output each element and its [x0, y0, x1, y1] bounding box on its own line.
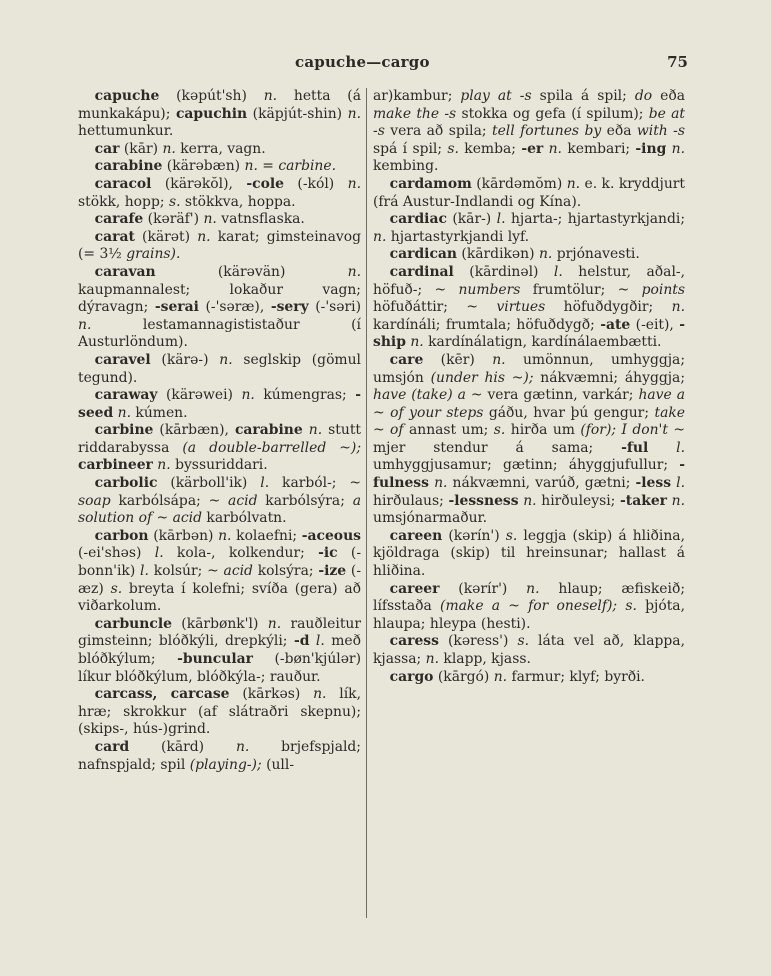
- definition-text: prjónavesti.: [552, 246, 639, 262]
- right-column: ar)kambur; play at -s spila á spil; do e…: [373, 88, 685, 686]
- definition-text: kardínálatign, kardínálaembætti.: [424, 334, 662, 350]
- definition-text: (-'səræ),: [199, 299, 271, 315]
- definition-text: mjer stendur á sama;: [373, 440, 621, 456]
- definition-text: (kärəbæn): [162, 158, 244, 174]
- italic-text: n.: [118, 405, 131, 421]
- definition-text: karbólvatn.: [202, 510, 287, 526]
- dictionary-entry: car (kār) n. kerra, vagn.: [78, 141, 361, 159]
- italic-text: n.: [434, 475, 447, 491]
- italic-text: (for); I don't ~: [580, 422, 685, 438]
- italic-text: (under his ~);: [431, 370, 534, 386]
- definition-text: nákvæmni; áhyggja;: [534, 370, 685, 386]
- definition-text: ar)kambur;: [373, 88, 460, 104]
- headword: car: [95, 141, 120, 157]
- dictionary-entry: cardiac (kār-) l. hjarta-; hjartastyrkja…: [373, 211, 685, 246]
- italic-text: l.: [676, 475, 685, 491]
- definition-text: (kärboll'ik): [157, 475, 260, 491]
- page-number: 75: [667, 53, 688, 71]
- headword: care: [390, 352, 424, 368]
- headword: -ize: [318, 563, 346, 579]
- italic-text: s.: [169, 194, 181, 210]
- definition-text: hirðuleysi;: [537, 493, 620, 509]
- headword: -d: [294, 633, 309, 649]
- italic-text: ~ points: [618, 282, 685, 298]
- headword: carbine: [95, 422, 154, 438]
- definition-text: (kārbən): [149, 528, 219, 544]
- dictionary-entry: career (kərír') n. hlaup; æfiskeið; lífs…: [373, 581, 685, 634]
- dictionary-entry: carbine (kārbæn), carabine n. stutt ridd…: [78, 422, 361, 475]
- definition-text: (-eit),: [630, 317, 679, 333]
- italic-text: n.: [526, 581, 539, 597]
- italic-text: n.: [492, 352, 505, 368]
- headword: carabine: [95, 158, 163, 174]
- italic-text: l.: [676, 440, 685, 456]
- definition-text: stökkva, hoppa.: [180, 194, 295, 210]
- dictionary-entry: carat (kärət) n. karat; gimsteinavog (= …: [78, 229, 361, 264]
- headword: capuchin: [176, 106, 247, 122]
- italic-text: tell fortunes by: [492, 123, 601, 139]
- definition-text: farmur; klyf; byrði.: [507, 669, 645, 685]
- italic-text: n.: [494, 669, 507, 685]
- headword: carbuncle: [95, 616, 172, 632]
- italic-text: s.: [625, 598, 637, 614]
- definition-text: (kārdikən): [457, 246, 539, 262]
- definition-text: (-ei'shəs): [78, 545, 155, 561]
- italic-text: n.: [203, 211, 216, 227]
- definition-text: kerra, vagn.: [176, 141, 266, 157]
- headword: -cole: [246, 176, 284, 192]
- definition-text: kola-, kolkendur;: [164, 545, 318, 561]
- dictionary-entry: capuche (kəpút'sh) n. hetta (á munkakápu…: [78, 88, 361, 141]
- definition-text: (kārbæn),: [153, 422, 235, 438]
- definition-text: spila á spil;: [532, 88, 635, 104]
- dictionary-entry: caress (kəress') s. láta vel að, klappa,…: [373, 633, 685, 668]
- definition-text: byssuriddari.: [171, 457, 268, 473]
- headword: careen: [390, 528, 443, 544]
- dictionary-entry: ar)kambur; play at -s spila á spil; do e…: [373, 88, 685, 176]
- headword: carafe: [95, 211, 144, 227]
- definition-text: (kārd): [129, 739, 236, 755]
- definition-text: (kəpút'sh): [159, 88, 263, 104]
- italic-text: n.: [218, 528, 231, 544]
- definition-text: kolaefni;: [231, 528, 301, 544]
- definition-text: karbólsýra;: [257, 493, 352, 509]
- definition-text: (kəress'): [439, 633, 518, 649]
- italic-text: ~ acid: [209, 493, 258, 509]
- dictionary-entry: caracol (kärəkŏl), -cole (-kól) n. stökk…: [78, 176, 361, 211]
- definition-text: =: [258, 158, 278, 174]
- definition-text: (kärəkŏl),: [151, 176, 246, 192]
- dictionary-page: capuche—cargo 75 capuche (kəpút'sh) n. h…: [0, 0, 771, 976]
- headword: -ic: [318, 545, 338, 561]
- italic-text: n.: [236, 739, 249, 755]
- dictionary-entry: carbolic (kärboll'ik) l. karból-; ~ soap…: [78, 475, 361, 528]
- italic-text: n.: [245, 158, 258, 174]
- italic-text: n.: [78, 317, 91, 333]
- definition-text: (kārdəmŏm): [472, 176, 567, 192]
- headword: -buncular: [177, 651, 253, 667]
- italic-text: make the -s: [373, 106, 456, 122]
- definition-text: (kārkəs): [230, 686, 314, 702]
- headword: carabine: [235, 422, 303, 438]
- definition-text: karból-;: [269, 475, 349, 491]
- headword: -er: [521, 141, 543, 157]
- italic-text: ~ acid: [207, 563, 253, 579]
- running-head: capuche—cargo: [295, 53, 430, 71]
- definition-text: kemba;: [459, 141, 521, 157]
- headword: -ing: [635, 141, 666, 157]
- italic-text: ~ numbers: [434, 282, 520, 298]
- definition-text: (kärəwei): [157, 387, 241, 403]
- dictionary-entry: careen (kərín') s. leggja (skip) á hliði…: [373, 528, 685, 581]
- dictionary-entry: carbuncle (kārbønk'l) n. rauðleitur gims…: [78, 616, 361, 686]
- definition-text: (kēr): [423, 352, 492, 368]
- headword: cardinal: [390, 264, 454, 280]
- headword: -aceous: [302, 528, 361, 544]
- italic-text: (a double-barrelled ~);: [182, 440, 361, 456]
- definition-text: kolsýra;: [253, 563, 318, 579]
- italic-text: n.: [348, 106, 361, 122]
- italic-text: l.: [316, 633, 325, 649]
- definition-text: [648, 440, 676, 456]
- italic-text: n.: [309, 422, 322, 438]
- definition-text: stokka og gefa (í spilum);: [456, 106, 649, 122]
- headword: caraway: [95, 387, 158, 403]
- headword: cardamom: [390, 176, 472, 192]
- definition-text: (kəräf'): [143, 211, 203, 227]
- italic-text: (make a ~ for oneself);: [440, 598, 617, 614]
- italic-text: n.: [672, 141, 685, 157]
- column-divider: [366, 88, 367, 918]
- definition-text: stökk, hopp;: [78, 194, 169, 210]
- headword: carbineer: [78, 457, 153, 473]
- italic-text: l.: [260, 475, 269, 491]
- headword: -ful: [621, 440, 648, 456]
- definition-text: frumtölur;: [520, 282, 617, 298]
- definition-text: (käpjút-shin): [247, 106, 347, 122]
- headword: carbon: [95, 528, 149, 544]
- dictionary-entry: carabine (kärəbæn) n. = carbine.: [78, 158, 361, 176]
- definition-text: lestamannagististaður (í Austurlöndum).: [78, 317, 361, 351]
- definition-text: (kār-): [447, 211, 497, 227]
- headword: caravan: [95, 264, 156, 280]
- italic-text: n.: [523, 493, 536, 509]
- italic-text: n.: [410, 334, 423, 350]
- italic-text: n.: [373, 229, 386, 245]
- headword: carat: [95, 229, 135, 245]
- italic-text: n.: [313, 686, 326, 702]
- italic-text: n.: [348, 264, 361, 280]
- italic-text: play at -s: [460, 88, 531, 104]
- italic-text: n.: [567, 176, 580, 192]
- definition-text: (ull-: [262, 757, 294, 773]
- headword: caracol: [95, 176, 152, 192]
- dictionary-entry: cardamom (kārdəmŏm) n. e. k. kryddjurt (…: [373, 176, 685, 211]
- italic-text: s.: [494, 422, 506, 438]
- definition-text: kembari;: [562, 141, 635, 157]
- dictionary-entry: caravel (kärə-) n. seglskip (gömul tegun…: [78, 352, 361, 387]
- definition-text: spá í spil;: [373, 141, 447, 157]
- italic-text: ~ virtues: [466, 299, 545, 315]
- definition-text: gáðu, hvar þú gengur;: [483, 405, 654, 421]
- definition-text: höfuðdygðir;: [545, 299, 671, 315]
- italic-text: n.: [426, 651, 439, 667]
- italic-text: have (take) a ~: [373, 387, 482, 403]
- definition-text: (kərín'): [442, 528, 506, 544]
- headword: cargo: [390, 669, 434, 685]
- left-column: capuche (kəpút'sh) n. hetta (á munkakápu…: [78, 88, 361, 774]
- dictionary-entry: caraway (kärəwei) n. kúmengras; -seed n.…: [78, 387, 361, 422]
- italic-text: l.: [497, 211, 506, 227]
- definition-text: (-kól): [284, 176, 348, 192]
- definition-text: (kārdinəl): [454, 264, 554, 280]
- italic-text: n.: [162, 141, 175, 157]
- italic-text: n.: [348, 176, 361, 192]
- italic-text: n.: [549, 141, 562, 157]
- italic-text: n.: [672, 493, 685, 509]
- definition-text: kúmengras;: [255, 387, 355, 403]
- definition-text: vatnsflaska.: [217, 211, 305, 227]
- definition-text: (kärə-): [151, 352, 220, 368]
- dictionary-entry: cardican (kārdikən) n. prjónavesti.: [373, 246, 685, 264]
- italic-text: grains).: [126, 246, 180, 262]
- definition-text: hirða um: [505, 422, 580, 438]
- italic-text: n.: [539, 246, 552, 262]
- headword: carcass, carcase: [95, 686, 230, 702]
- page-header: capuche—cargo 75: [78, 53, 688, 75]
- italic-text: n.: [197, 229, 210, 245]
- headword: -lessness: [448, 493, 518, 509]
- italic-text: s.: [111, 581, 123, 597]
- headword: capuche: [95, 88, 160, 104]
- headword: caravel: [95, 352, 151, 368]
- headword: -taker: [620, 493, 667, 509]
- headword: carbolic: [95, 475, 158, 491]
- definition-text: (kārbønk'l): [172, 616, 268, 632]
- definition-text: kardínáli; frumtala; höfuðdygð;: [373, 317, 600, 333]
- dictionary-entry: card (kārd) n. brjefspjald; nafnspjald; …: [78, 739, 361, 774]
- headword: -serai: [155, 299, 199, 315]
- italic-text: l.: [140, 563, 149, 579]
- dictionary-entry: cargo (kārgó) n. farmur; klyf; byrði.: [373, 669, 685, 687]
- italic-text: s.: [447, 141, 459, 157]
- definition-text: karbólsápa;: [111, 493, 209, 509]
- definition-text: nákvæmni, varúð, gætni;: [447, 475, 635, 491]
- definition-text: hjartastyrkjandi lyf.: [386, 229, 529, 245]
- headword: caress: [390, 633, 439, 649]
- headword: -less: [636, 475, 672, 491]
- definition-text: umhyggjusamur; gætinn; áhyggjufullur;: [373, 457, 679, 473]
- headword: card: [95, 739, 130, 755]
- headword: cardican: [390, 246, 457, 262]
- definition-text: höfuðáttir;: [373, 299, 466, 315]
- definition-text: (-'səri): [309, 299, 361, 315]
- italic-text: n.: [268, 616, 281, 632]
- dictionary-entry: carafe (kəräf') n. vatnsflaska.: [78, 211, 361, 229]
- definition-text: umsjónarmaður.: [373, 510, 487, 526]
- italic-text: do: [635, 88, 652, 104]
- italic-text: with -s: [637, 123, 685, 139]
- italic-text: s.: [517, 633, 529, 649]
- italic-text: (playing-);: [190, 757, 262, 773]
- headword: -sery: [271, 299, 309, 315]
- italic-text: carbine.: [278, 158, 336, 174]
- definition-text: klapp, kjass.: [439, 651, 531, 667]
- italic-text: n.: [672, 299, 685, 315]
- definition-text: (kärəvän): [156, 264, 348, 280]
- definition-text: eða: [652, 88, 685, 104]
- definition-text: kembing.: [373, 158, 438, 174]
- definition-text: vera að spila;: [385, 123, 492, 139]
- headword: cardiac: [390, 211, 447, 227]
- definition-text: (kārgó): [433, 669, 493, 685]
- italic-text: s.: [506, 528, 518, 544]
- definition-text: (kār): [119, 141, 162, 157]
- definition-text: annast um;: [404, 422, 494, 438]
- headword: career: [390, 581, 440, 597]
- italic-text: l.: [554, 264, 563, 280]
- italic-text: l.: [155, 545, 164, 561]
- definition-text: hirðulaus;: [373, 493, 448, 509]
- definition-text: kúmen.: [131, 405, 188, 421]
- italic-text: n.: [157, 457, 170, 473]
- dictionary-entry: care (kēr) n. umönnun, umhyggja; umsjón …: [373, 352, 685, 528]
- dictionary-entry: cardinal (kārdinəl) l. helstur, aðal-, h…: [373, 264, 685, 352]
- headword: -ate: [600, 317, 630, 333]
- italic-text: n.: [241, 387, 254, 403]
- dictionary-entry: caravan (kärəvän) n. kaupmannalest; loka…: [78, 264, 361, 352]
- definition-text: (kärət): [135, 229, 197, 245]
- italic-text: n.: [219, 352, 232, 368]
- definition-text: hjarta-; hjartastyrkjandi;: [506, 211, 685, 227]
- definition-text: kolsúr;: [149, 563, 207, 579]
- definition-text: (kərír'): [439, 581, 526, 597]
- dictionary-entry: carbon (kārbən) n. kolaefni; -aceous (-e…: [78, 528, 361, 616]
- dictionary-entry: carcass, carcase (kārkəs) n. lík, hræ; s…: [78, 686, 361, 739]
- definition-text: hettumunkur.: [78, 123, 173, 139]
- definition-text: vera gætinn, varkár;: [482, 387, 638, 403]
- italic-text: n.: [264, 88, 277, 104]
- definition-text: eða: [601, 123, 637, 139]
